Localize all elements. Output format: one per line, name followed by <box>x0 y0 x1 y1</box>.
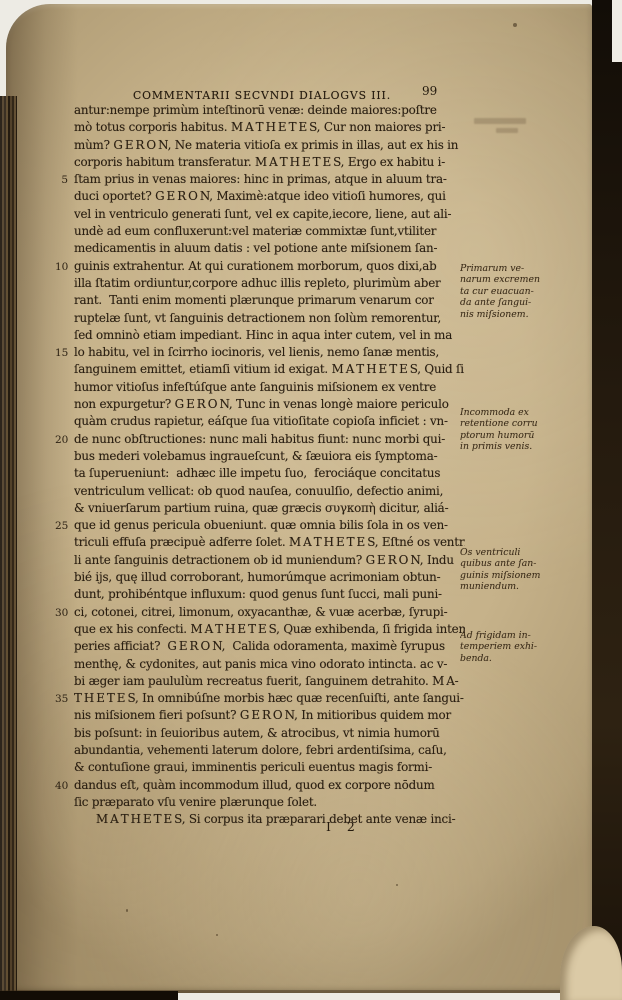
text-line: M A T H E T E S, Si corpus ita præparari… <box>55 812 465 829</box>
text-line-content: ſanguinem emittet, etiamſi vitium id exi… <box>74 362 465 376</box>
text-line: mùm? G E R O N, Ne materia vitioſa ex pr… <box>55 138 465 155</box>
text-line-content: & vniuerſarum partium ruina, quæ græcis … <box>74 501 465 515</box>
show-through-smudge <box>496 128 518 133</box>
text-line-content: T H E T E S, In omnibúſne morbis hæc quæ… <box>74 691 465 705</box>
margin-note-line: guinis miſsionem <box>460 570 540 581</box>
text-line: 35T H E T E S, In omnibúſne morbis hæc q… <box>55 691 465 708</box>
text-line-content: triculi effuſa præcipuè adferre ſolet. M… <box>74 535 465 549</box>
text-line: ſed omninò etiam impediant. Hinc in aqua… <box>55 328 465 345</box>
line-number: 15 <box>55 347 74 359</box>
text-line-content: ta ſuperueniunt: adhæc ille impetu ſuo, … <box>74 466 465 480</box>
text-line-content: peries afficiat? G E R O N, Calida odora… <box>74 639 465 653</box>
text-line: 5ſtam prius in venas maiores: hinc in pr… <box>55 172 465 189</box>
text-line-content: corporis habitum transferatur. M A T H E… <box>74 155 465 169</box>
text-line: medicamentis in aluum datis : vel potion… <box>55 241 465 258</box>
signature-mark: I 2 <box>326 819 361 834</box>
scanner-background-corner <box>612 0 622 62</box>
text-line-content: bi æger iam paululùm recreatus fuerit, ſ… <box>74 674 465 688</box>
text-line-content: undè ad eum confluxerunt:vel materiæ com… <box>74 224 465 238</box>
text-line-content: M A T H E T E S, Si corpus ita præparari… <box>74 812 465 826</box>
text-line: 20de nunc obſtructiones: nunc mali habit… <box>55 432 465 449</box>
running-header: COMMENTARII SECVNDI DIALOGVS III. <box>66 84 458 99</box>
margin-note-line: Primarum ve- <box>460 263 540 274</box>
line-number: 20 <box>55 434 74 446</box>
header-title: COMMENTARII SECVNDI DIALOGVS III. <box>133 89 391 102</box>
text-block: antur:nempe primùm inteſtinorū venæ: dei… <box>55 103 465 829</box>
margin-note-line: muniendum. <box>460 581 540 592</box>
margin-note-line: retentione corru <box>460 418 540 429</box>
text-line: ſanguinem emittet, etiamſi vitium id exi… <box>55 362 465 379</box>
line-number: 35 <box>55 693 74 705</box>
text-line: & vniuerſarum partium ruina, quæ græcis … <box>55 501 465 518</box>
paper-speck <box>216 934 218 936</box>
text-line: peries afficiat? G E R O N, Calida odora… <box>55 639 465 656</box>
text-line-content: antur:nempe primùm inteſtinorū venæ: dei… <box>74 103 465 117</box>
margin-note: Incommoda exretentione corruptorum humor… <box>460 407 540 453</box>
text-line: nis miſsionem fieri poſsunt? G E R O N, … <box>55 708 465 725</box>
text-line: ta ſuperueniunt: adhæc ille impetu ſuo, … <box>55 466 465 483</box>
text-line-content: rant. Tanti enim momenti plærunque prima… <box>74 293 465 307</box>
page-number: 99 <box>422 84 437 98</box>
margin-note-line: Ad frigidam in- <box>460 630 540 641</box>
text-line-content: mùm? G E R O N, Ne materia vitioſa ex pr… <box>74 138 465 152</box>
text-line-content: nis miſsionem fieri poſsunt? G E R O N, … <box>74 708 465 722</box>
line-number: 10 <box>55 261 74 273</box>
text-line: duci oportet? G E R O N, Maximè:atque id… <box>55 189 465 206</box>
text-line-content: quàm crudus rapietur, eáſque ſua vitioſi… <box>74 414 465 428</box>
text-line: antur:nempe primùm inteſtinorū venæ: dei… <box>55 103 465 120</box>
margin-note: Os ventriculiquibus ante ſan-guinis miſs… <box>460 547 540 593</box>
text-line-content: ventriculum vellicat: ob quod nauſea, co… <box>74 484 465 498</box>
text-line: 25que id genus pericula obueniunt. quæ o… <box>55 518 465 535</box>
text-line: mò totus corporis habitus. M A T H E T E… <box>55 120 465 137</box>
text-line: 15lo habitu, vel in ſcirrho iocinoris, v… <box>55 345 465 362</box>
text-line-content: menthę, & cydonites, aut panis mica vino… <box>74 657 465 671</box>
text-line-content: ruptelæ ſunt, vt ſanguinis detractionem … <box>74 311 465 325</box>
text-line-content: ſed omninò etiam impediant. Hinc in aqua… <box>74 328 465 342</box>
margin-note-line: temperiem exhi- <box>460 641 540 652</box>
text-line: bi æger iam paululùm recreatus fuerit, ſ… <box>55 674 465 691</box>
text-line-content: que id genus pericula obueniunt. quæ omn… <box>74 518 465 532</box>
binding-page-edges <box>0 96 17 994</box>
text-line: bis poſsunt: in ſeuioribus autem, & atro… <box>55 726 465 743</box>
text-line-content: & contuſione graui, imminentis periculi … <box>74 760 465 774</box>
margin-note-line: benda. <box>460 653 540 664</box>
text-line: que ex his confecti. M A T H E T E S, Qu… <box>55 622 465 639</box>
text-line-content: non expurgetur? G E R O N, Tunc in venas… <box>74 397 465 411</box>
text-line: abundantia, vehementi laterum dolore, fe… <box>55 743 465 760</box>
text-line-content: illa ſtatim ordiuntur,corpore adhuc illi… <box>74 276 465 290</box>
text-line: dunt, prohibéntque influxum: quod genus … <box>55 587 465 604</box>
margin-note-line: da ante ſangui- <box>460 297 540 308</box>
paper-speck <box>126 909 128 912</box>
book-page: COMMENTARII SECVNDI DIALOGVS III. 99 ant… <box>6 4 592 993</box>
text-line-content: mò totus corporis habitus. M A T H E T E… <box>74 120 465 134</box>
text-line-content: que ex his confecti. M A T H E T E S, Qu… <box>74 622 465 636</box>
text-line-content: ſtam prius in venas maiores: hinc in pri… <box>74 172 465 186</box>
text-line-content: bié ijs, quę illud corroborant, humorúmq… <box>74 570 465 584</box>
text-line: non expurgetur? G E R O N, Tunc in venas… <box>55 397 465 414</box>
line-number: 40 <box>55 780 74 792</box>
margin-note-line: Os ventriculi <box>460 547 540 558</box>
text-line: & contuſione graui, imminentis periculi … <box>55 760 465 777</box>
text-line: li ante ſanguinis detractionem ob id mun… <box>55 553 465 570</box>
text-line: menthę, & cydonites, aut panis mica vino… <box>55 657 465 674</box>
text-line-content: medicamentis in aluum datis : vel potion… <box>74 241 465 255</box>
show-through-smudge <box>474 118 526 124</box>
text-line-content: dunt, prohibéntque influxum: quod genus … <box>74 587 465 601</box>
line-number: 30 <box>55 607 74 619</box>
text-line-content: bis poſsunt: in ſeuioribus autem, & atro… <box>74 726 465 740</box>
text-line: humor vitioſus infeſtúſque ante ſanguini… <box>55 380 465 397</box>
text-line-content: duci oportet? G E R O N, Maximè:atque id… <box>74 189 465 203</box>
text-line-content: guinis extrahentur. At qui curationem mo… <box>74 259 465 273</box>
text-line: undè ad eum confluxerunt:vel materiæ com… <box>55 224 465 241</box>
text-line-content: de nunc obſtructiones: nunc mali habitus… <box>74 432 465 446</box>
text-line-content: vel in ventriculo generati ſunt, vel ex … <box>74 207 465 221</box>
line-number: 5 <box>55 174 74 186</box>
text-line-content: dandus eſt, quàm incommodum illud, quod … <box>74 778 465 792</box>
paper-speck <box>396 884 398 886</box>
line-number: 25 <box>55 520 74 532</box>
text-line-content: bus mederi volebamus ingraueſcunt, & ſæu… <box>74 449 465 463</box>
text-line-content: li ante ſanguinis detractionem ob id mun… <box>74 553 465 567</box>
margin-note: Primarum ve-narum excrementa cur euacuan… <box>460 263 540 320</box>
text-line: rant. Tanti enim momenti plærunque prima… <box>55 293 465 310</box>
text-line: corporis habitum transferatur. M A T H E… <box>55 155 465 172</box>
margin-note-line: ta cur euacuan- <box>460 286 540 297</box>
ink-show-through <box>468 116 530 140</box>
text-line: quàm crudus rapietur, eáſque ſua vitioſi… <box>55 414 465 431</box>
scan-bottom-shadow <box>0 991 178 1000</box>
margin-note-line: ptorum humorū <box>460 430 540 441</box>
paper-speck <box>513 23 517 27</box>
margin-note-line: nis miſsionem. <box>460 309 540 320</box>
margin-note-line: narum excremen <box>460 274 540 285</box>
margin-note-line: in primis venis. <box>460 441 540 452</box>
text-line: triculi effuſa præcipuè adferre ſolet. M… <box>55 535 465 552</box>
text-line: ruptelæ ſunt, vt ſanguinis detractionem … <box>55 311 465 328</box>
margin-note-line: quibus ante ſan- <box>460 558 540 569</box>
text-line: illa ſtatim ordiuntur,corpore adhuc illi… <box>55 276 465 293</box>
text-line-content: humor vitioſus infeſtúſque ante ſanguini… <box>74 380 465 394</box>
margin-note: Ad frigidam in-temperiem exhi-benda. <box>460 630 540 664</box>
text-line-content: lo habitu, vel in ſcirrho iocinoris, vel… <box>74 345 465 359</box>
text-line-content: ci, cotonei, citrei, limonum, oxyacanthæ… <box>74 605 465 619</box>
text-line: 30ci, cotonei, citrei, limonum, oxyacant… <box>55 605 465 622</box>
margin-note-line: Incommoda ex <box>460 407 540 418</box>
scan-right-edge <box>592 0 622 1000</box>
text-line: bus mederi volebamus ingraueſcunt, & ſæu… <box>55 449 465 466</box>
text-line: 10guinis extrahentur. At qui curationem … <box>55 259 465 276</box>
text-line-content: ſic præparato vſu venire plærunque ſolet… <box>74 795 465 809</box>
text-line-content: abundantia, vehementi laterum dolore, fe… <box>74 743 465 757</box>
text-line: bié ijs, quę illud corroborant, humorúmq… <box>55 570 465 587</box>
text-line: vel in ventriculo generati ſunt, vel ex … <box>55 207 465 224</box>
scanned-book-page: COMMENTARII SECVNDI DIALOGVS III. 99 ant… <box>0 0 622 1000</box>
text-line: ventriculum vellicat: ob quod nauſea, co… <box>55 484 465 501</box>
text-line: 40dandus eſt, quàm incommodum illud, quo… <box>55 778 465 795</box>
text-line: ſic præparato vſu venire plærunque ſolet… <box>55 795 465 812</box>
